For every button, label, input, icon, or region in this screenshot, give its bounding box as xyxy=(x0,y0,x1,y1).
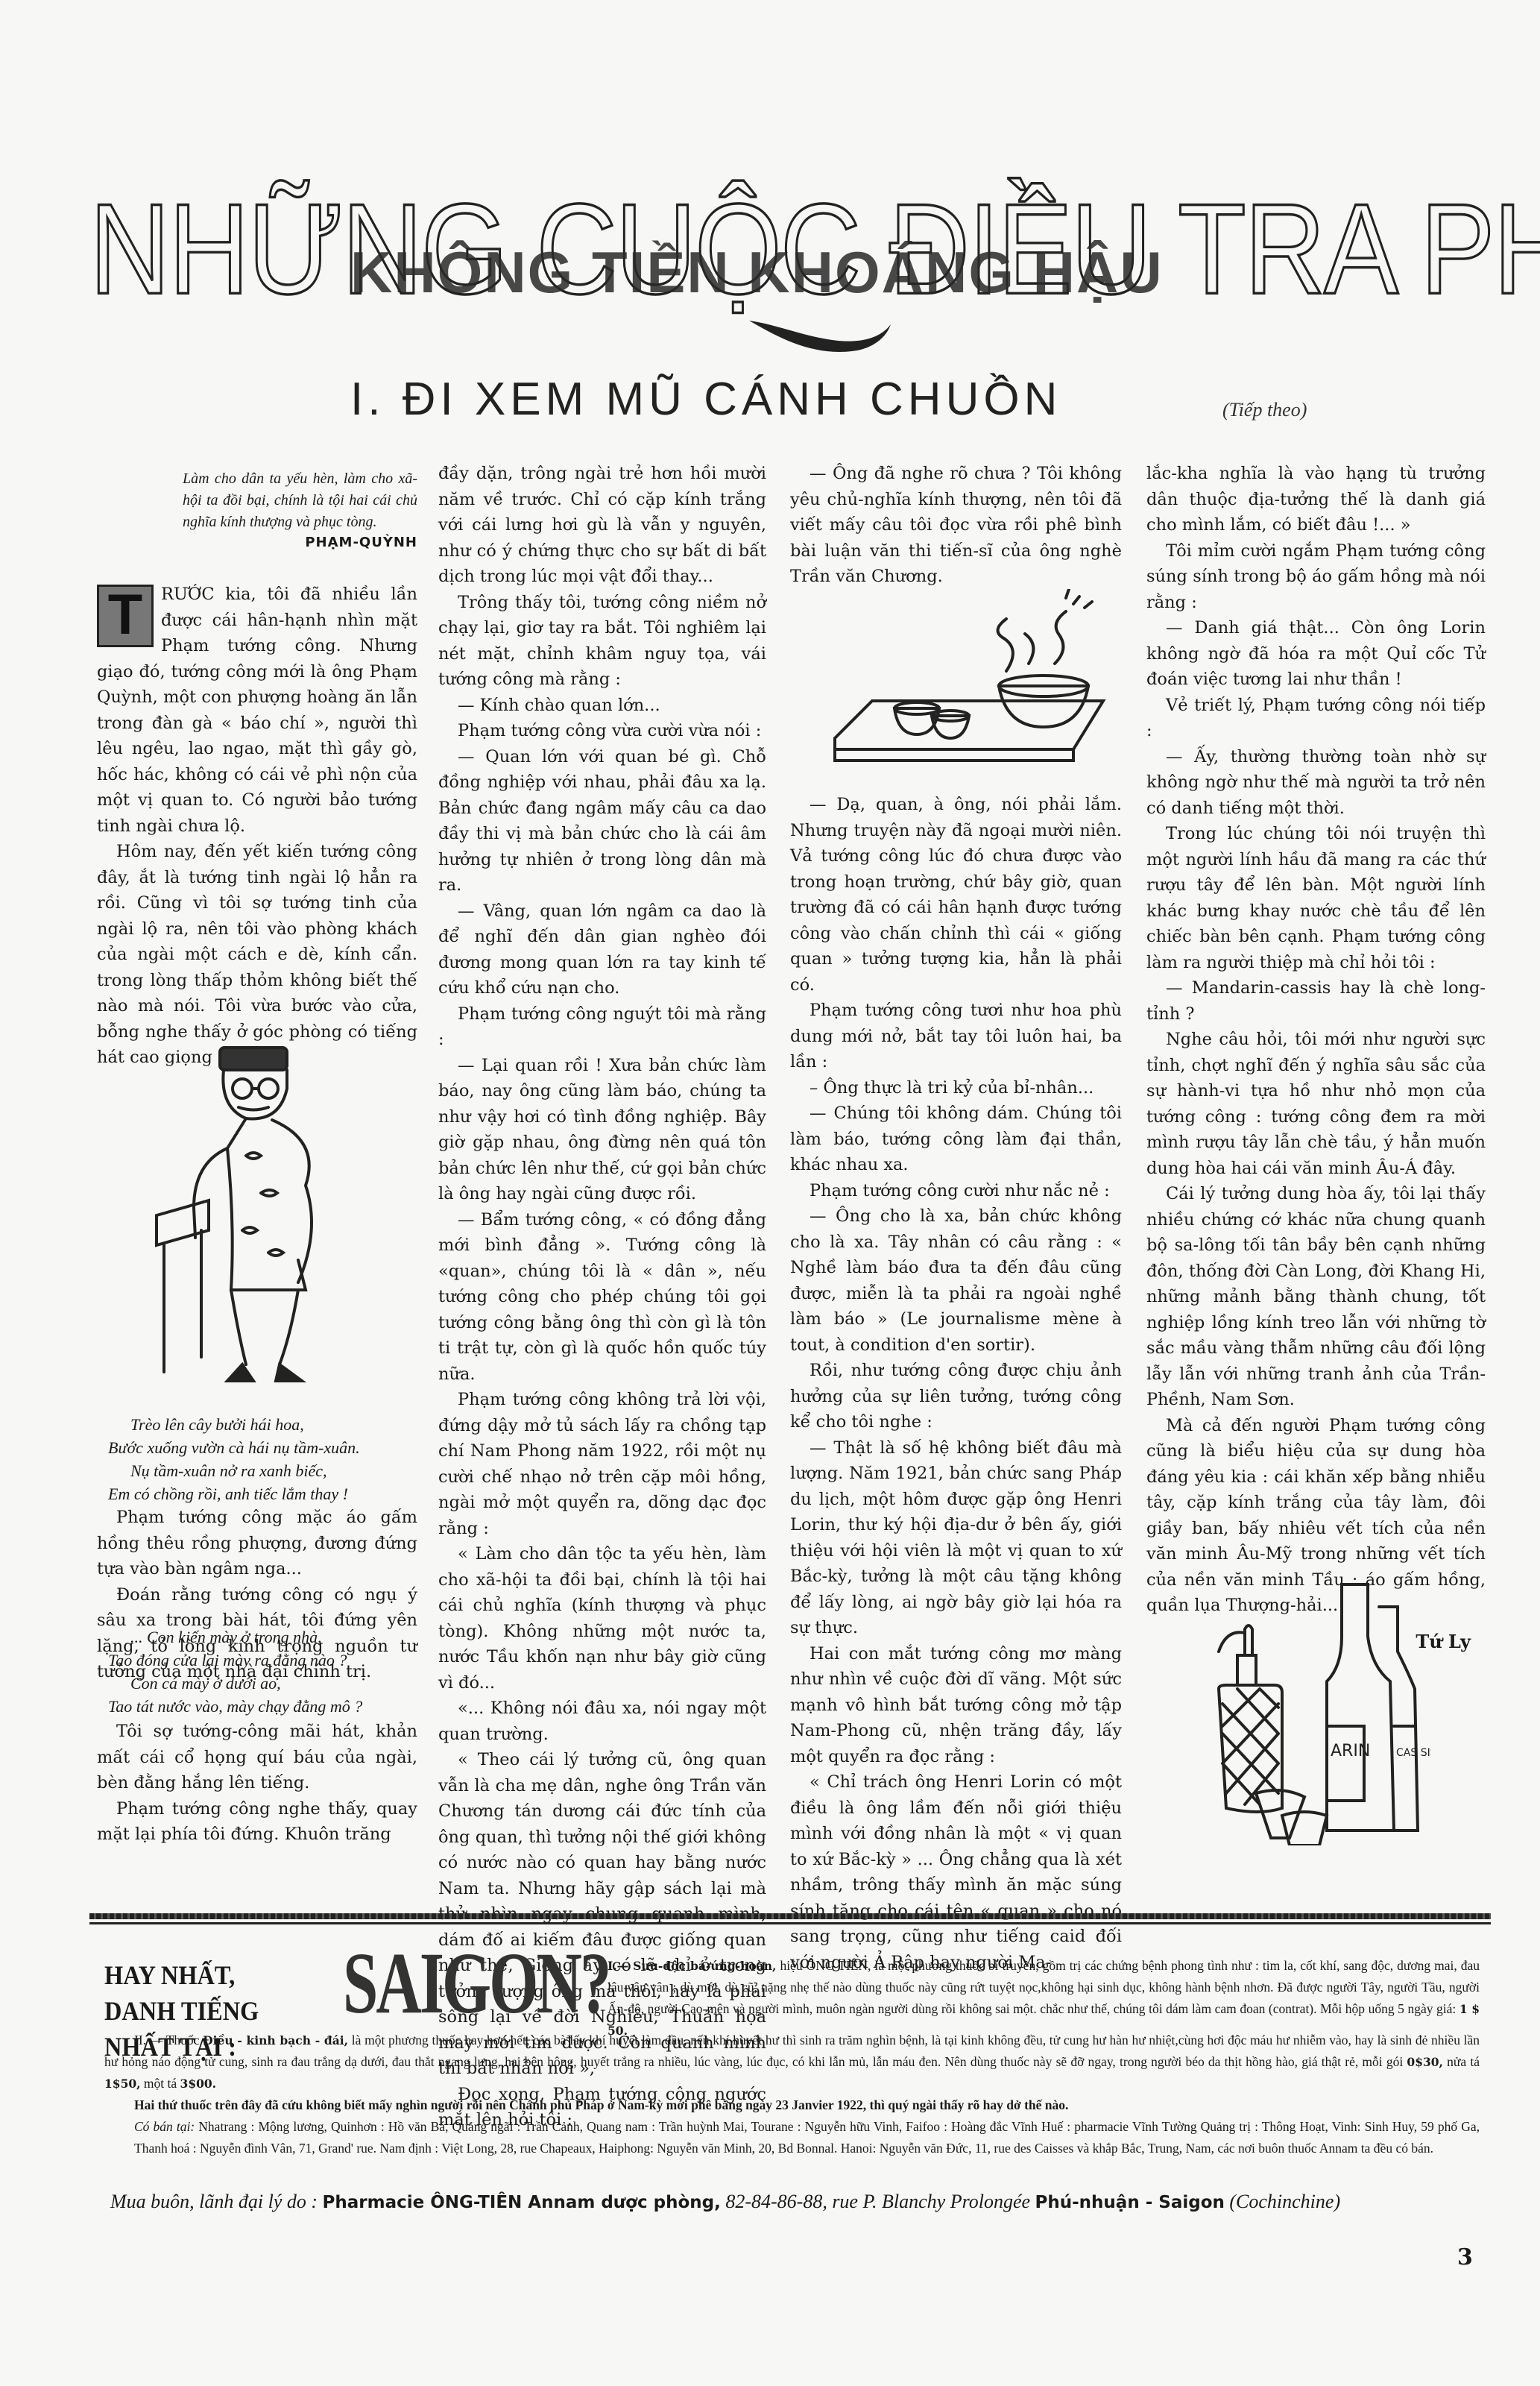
ad-price: 1$50, xyxy=(104,2077,141,2091)
poem-line: Con cá mày ở dưới ao, xyxy=(108,1672,429,1695)
wholesale-city: Phú-nhuận - Saigon xyxy=(1035,2193,1225,2212)
column-2-text: đầy dặn, trông ngài trẻ hơn hồi mười năm… xyxy=(438,461,766,2133)
poem-line: Tao tát nước vào, mày chạy đằng mô ? xyxy=(108,1695,429,1718)
paragraph: Cái lý tưởng dung hòa ấy, tôi lại thấy n… xyxy=(1146,1181,1486,1413)
wholesale-region: (Cochinchine) xyxy=(1229,2191,1340,2212)
ad-sellers-label: Có bán tại: xyxy=(134,2119,195,2134)
paragraph: Tôi sợ tướng-công mãi hát, khản mất cái … xyxy=(97,1719,417,1796)
paragraph: Phạm tướng công nguýt tôi mà rằng : xyxy=(438,1001,766,1053)
paragraph: Trong lúc chúng tôi nói truyện thì một n… xyxy=(1146,821,1486,975)
column-1-text: T RƯỚC kia, tôi đã nhiều lần được cái hâ… xyxy=(97,582,417,1071)
mandarin-caricature-icon xyxy=(149,1036,373,1402)
paragraph: Nghe câu hỏi, tôi mới như người sực tỉnh… xyxy=(1146,1027,1486,1181)
paragraph: « Chỉ trách ông Henri Lorin có một điều … xyxy=(790,1769,1122,1975)
wholesale-address: 82-84-86-88, rue P. Blanchy Prolongée xyxy=(725,2191,1030,2212)
poem-line: Trèo lên cây bưởi hái hoa, xyxy=(108,1413,429,1436)
paragraph: – Ông thực là tri kỷ của bỉ-nhân... xyxy=(790,1075,1122,1101)
poem-line: Tao đóng cửa lại mày ra đằng nào ? xyxy=(108,1649,429,1672)
paragraph: lắc-kha nghĩa là vào hạng tù trưởng dân … xyxy=(1146,461,1486,538)
continued-note: (Tiếp theo) xyxy=(1222,399,1307,421)
ad-sellers-list: Nhatrang : Mộng lương, Quinhơn : Hồ văn … xyxy=(134,2119,1480,2156)
bottle-label-1: ARIN xyxy=(1331,1742,1370,1760)
paragraph: Phạm tướng công vừa cười vừa nói : xyxy=(438,718,766,744)
paragraph: Phạm tướng công nghe thấy, quay mặt lại … xyxy=(97,1796,417,1848)
section-title: I. ĐI XEM MŨ CÁNH CHUỒN xyxy=(350,373,1061,426)
ad-price-label: một tá xyxy=(144,2076,177,2091)
paragraph: — Dạ, quan, à ông, nói phải lắm. Nhưng t… xyxy=(790,792,1122,998)
series-overlay-title: KHÔNG TIỀN KHOÁNG HẬU xyxy=(350,239,1245,306)
ad-item-2-name: Điều - kinh bạch - đái, xyxy=(203,2033,348,2047)
paragraph: Vẻ triết lý, Phạm tướng công nói tiếp : xyxy=(1146,693,1486,744)
epigraph-text: Làm cho dân ta yếu hèn, làm cho xã-hội t… xyxy=(183,468,417,533)
ad-headline-saigon: SAIGON? xyxy=(343,1935,610,2032)
poem-line: Nụ tầm-xuân nở ra xanh biếc, xyxy=(108,1459,429,1482)
ad-sellers: Có bán tại: Nhatrang : Mộng lương, Quinh… xyxy=(104,2116,1480,2159)
ad-item-2: II. — Thuốc Điều - kinh bạch - đái, là m… xyxy=(104,2030,1480,2159)
drop-cap: T xyxy=(97,585,154,647)
paragraph: Phạm tướng công không trả lời vội, đứng … xyxy=(438,1387,766,1541)
paragraph: Rồi, như tướng công được chịu ảnh hưởng … xyxy=(790,1358,1122,1435)
paragraph: — Danh giá thật... Còn ông Lorin không n… xyxy=(1146,615,1486,693)
paragraph: Hai con mắt tướng công mơ màng như nhìn … xyxy=(790,1641,1122,1770)
paragraph: — Lại quan rồi ! Xưa bản chức làm báo, n… xyxy=(438,1053,766,1207)
ad-item-1-lead: I.— Sưu-độc bá-ứng-hoàn, xyxy=(608,1959,776,1973)
column-3-text: — Dạ, quan, à ông, nói phải lắm. Nhưng t… xyxy=(790,792,1122,1975)
column-4-text: lắc-kha nghĩa là vào hạng tù trưởng dân … xyxy=(1146,461,1486,1655)
bottles-illustration-icon: ARIN CAS SIS xyxy=(1215,1577,1431,1845)
paragraph: — Ông cho là xa, bản chức không cho là x… xyxy=(790,1203,1122,1358)
paragraph: đầy dặn, trông ngài trẻ hơn hồi mười năm… xyxy=(438,461,766,590)
wholesale-label: Mua buôn, lãnh đại lý do : xyxy=(110,2191,318,2212)
paragraph: — Quan lớn với quan bé gì. Chỗ đồng nghi… xyxy=(438,744,766,898)
tea-set-illustration-icon xyxy=(827,589,1111,775)
paragraph: Phạm tướng công tươi như hoa phù dung mớ… xyxy=(790,998,1122,1075)
divider-rule-thin xyxy=(89,1922,1491,1924)
wholesale-name: Pharmacie ÔNG-TIÊN Annam dược phòng, xyxy=(323,2193,721,2212)
page-number: 3 xyxy=(1457,2244,1473,2270)
paragraph: — Chúng tôi không dám. Chúng tôi làm báo… xyxy=(790,1101,1122,1178)
paragraph: Phạm tướng công cười như nắc nẻ : xyxy=(790,1178,1122,1204)
poem-line: Bước xuống vườn cà hái nụ tầm-xuân. xyxy=(108,1436,429,1459)
paragraph: — Mandarin-cassis hay là chè long-tỉnh ? xyxy=(1146,975,1486,1027)
paragraph: — Bẩm tướng công, « có đồng đẳng mới bìn… xyxy=(438,1207,766,1388)
paragraph: Hôm nay, đến yết kiến tướng công đây, ắt… xyxy=(97,839,417,1071)
poem-line: Em có chồng rồi, anh tiếc lắm thay ! xyxy=(108,1482,429,1505)
ad-approval: Hai thứ thuốc trên đây đã cứu không biết… xyxy=(104,2094,1480,2116)
poem-2: ... Con kiến mày ở trong nhà, Tao đóng c… xyxy=(108,1625,429,1718)
ad-item-2-lead: II. — Thuốc xyxy=(104,2033,199,2047)
epigraph: Làm cho dân ta yếu hèn, làm cho xã-hội t… xyxy=(183,468,417,550)
paragraph: — Ông đã nghe rõ chưa ? Tôi không yêu ch… xyxy=(790,461,1122,590)
paragraph: — Vâng, quan lớn ngâm ca dao là để nghĩ … xyxy=(438,898,766,1001)
paragraph: — Ấy, thường thường toàn nhờ sự không ng… xyxy=(1146,744,1486,822)
ad-price: 0$30, xyxy=(1407,2055,1443,2069)
ad-wholesale: Mua buôn, lãnh đại lý do : Pharmacie ÔNG… xyxy=(110,2191,1482,2213)
paragraph: «... Không nói đâu xa, nói ngay một quan… xyxy=(438,1696,766,1747)
paragraph: Tôi mỉm cười ngắm Phạm tướng công súng s… xyxy=(1146,538,1486,616)
ad-price: 3$00. xyxy=(180,2077,217,2091)
column-1c-text: Tôi sợ tướng-công mãi hát, khản mất cái … xyxy=(97,1719,417,1848)
paragraph: — Thật là số hệ không biết đâu mà lượng.… xyxy=(790,1435,1122,1641)
column-3-top-text: — Ông đã nghe rõ chưa ? Tôi không yêu ch… xyxy=(790,461,1122,590)
divider-rule xyxy=(89,1913,1491,1919)
paragraph: — Kính chào quan lớn... xyxy=(438,693,766,719)
ad-item-1: I.— Sưu-độc bá-ứng-hoàn, hiệu ÔNG TIÊN, … xyxy=(608,1955,1480,2042)
paragraph: « Làm cho dân tộc ta yếu hèn, làm cho xã… xyxy=(438,1541,766,1696)
poem-line: ... Con kiến mày ở trong nhà, xyxy=(108,1625,429,1649)
epigraph-author: PHẠM-QUỲNH xyxy=(183,535,417,550)
bottle-label-2: CAS SIS xyxy=(1396,1747,1431,1759)
paragraph: Trông thấy tôi, tướng công niềm nở chạy … xyxy=(438,590,766,693)
paragraph: Phạm tướng công mặc áo gấm hồng thêu rồn… xyxy=(97,1505,417,1582)
poem-1: Trèo lên cây bưởi hái hoa, Bước xuống vư… xyxy=(108,1413,429,1505)
ad-price-label: nửa tá xyxy=(1447,2054,1480,2069)
swoosh-ornament-icon xyxy=(745,313,894,358)
